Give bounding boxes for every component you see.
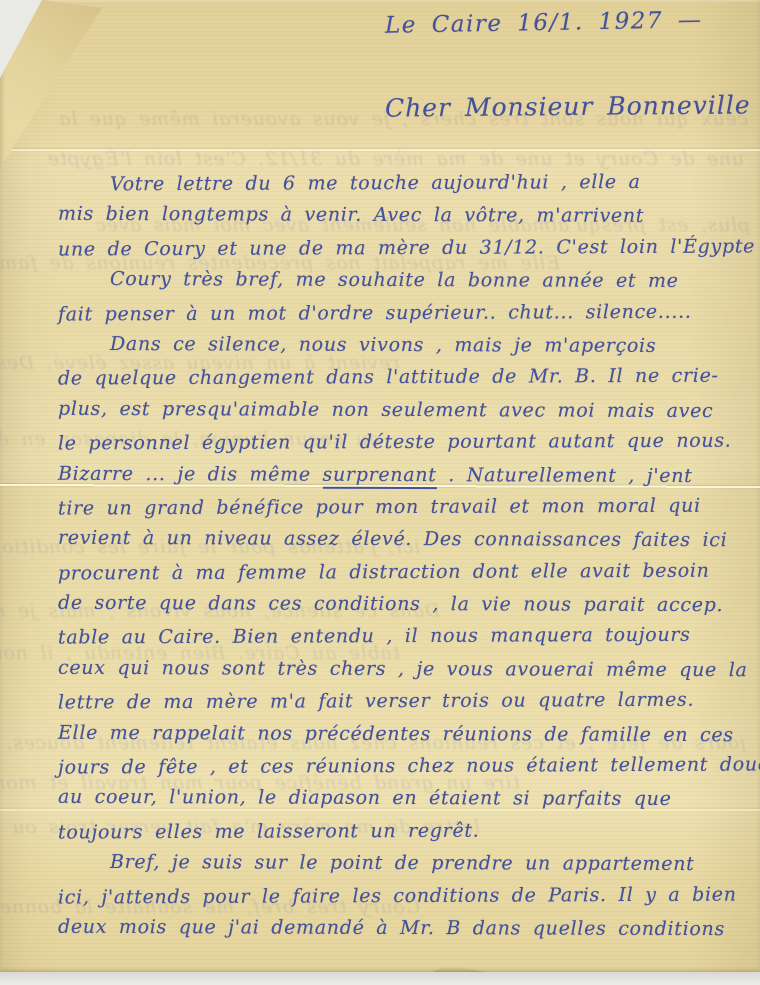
letter-line: au coeur, l'union, le diapason en étaien… bbox=[58, 781, 746, 816]
letter-line: Votre lettre du 6 me touche aujourd'hui … bbox=[58, 165, 746, 200]
letter-line: mis bien longtemps à venir. Avec la vôtr… bbox=[58, 198, 746, 233]
letter-dateline: Le Caire 16/1. 1927 — bbox=[384, 7, 702, 39]
letter-line: lettre de ma mère m'a fait verser trois … bbox=[58, 684, 746, 719]
letter-body: Votre lettre du 6 me touche aujourd'hui … bbox=[58, 167, 746, 944]
letter-line: fait penser à un mot d'ordre supérieur..… bbox=[58, 295, 746, 330]
scan-backdrop bbox=[0, 972, 760, 985]
letter-line: tire un grand bénéfice pour mon travail … bbox=[58, 489, 746, 524]
scanned-letter-page: ceux qui nous sont très chers , je vous … bbox=[0, 0, 760, 985]
letter-line-underlined: Bizarre ... je dis même surprenant . Nat… bbox=[58, 457, 746, 492]
letter-line: de sorte que dans ces conditions , la vi… bbox=[58, 587, 746, 622]
letter-line: ceux qui nous sont très chers , je vous … bbox=[58, 652, 746, 687]
letter-line: procurent à ma femme la distraction dont… bbox=[58, 554, 746, 589]
letter-line: de quelque changement dans l'attitude de… bbox=[58, 360, 746, 395]
letter-line: plus, est presqu'aimable non seulement a… bbox=[58, 393, 746, 428]
letter-line: une de Coury et une de ma mère du 31/12.… bbox=[58, 230, 746, 265]
letter-line: Elle me rappelait nos précédentes réunio… bbox=[58, 716, 746, 751]
letter-salutation: Cher Monsieur Bonneville bbox=[385, 90, 751, 122]
letter-line: Coury très bref, me souhaite la bonne an… bbox=[58, 263, 746, 298]
letter-line: le personnel égyptien qu'il déteste pour… bbox=[58, 425, 746, 460]
underlined-word: surprenant bbox=[323, 463, 437, 488]
letter-line: toujours elles me laisseront un regrêt. bbox=[58, 813, 746, 848]
letter-line: jours de fête , et ces réunions chez nou… bbox=[58, 749, 746, 784]
letter-line: deux mois que j'ai demandé à Mr. B dans … bbox=[58, 911, 746, 946]
letter-line: Dans ce silence, nous vivons , mais je m… bbox=[58, 328, 746, 363]
letter-line: table au Caire. Bien entendu , il nous m… bbox=[58, 619, 746, 654]
letter-line: revient à un niveau assez élevé. Des con… bbox=[58, 522, 746, 557]
letter-text: Bizarre ... je dis même bbox=[58, 462, 323, 485]
letter-line: Bref, je suis sur le point de prendre un… bbox=[58, 846, 746, 881]
letter-text: . Naturellement , j'ent bbox=[437, 464, 693, 487]
letter-line: ici, j'attends pour le faire les conditi… bbox=[58, 878, 746, 913]
